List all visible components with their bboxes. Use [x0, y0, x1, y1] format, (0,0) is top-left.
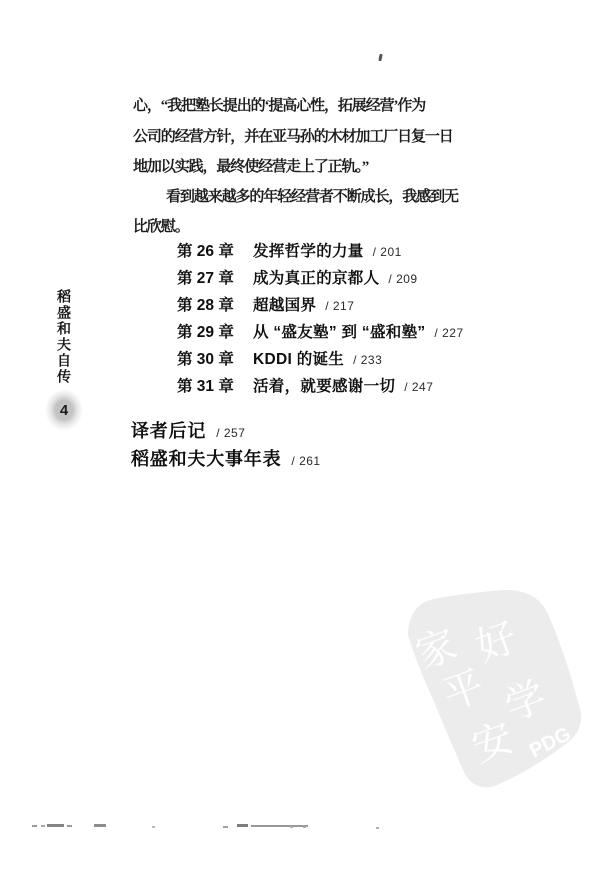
spine-title: 稻盛和夫自传 [52, 289, 72, 385]
chapter-page-number: / 217 [325, 299, 354, 313]
chapter-title: 从 “盛友塾” 到 “盛和塾” [253, 320, 425, 342]
chapter-page-number: / 233 [353, 353, 382, 367]
chapter-number: 第 29 章 [177, 320, 253, 342]
chapter-number: 第 31 章 [177, 374, 253, 396]
book-page: 稻盛和夫自传 4 心，“我把塾长提出的‘提高心性，拓展经营’作为 公司的经营方针… [0, 0, 600, 869]
toc-entry: 第 26 章 发挥哲学的力量 / 201 [177, 239, 402, 261]
pdg-watermark: 家 好 平 学 安 PDG [385, 588, 590, 793]
chapter-page-number: / 227 [434, 326, 463, 340]
chapter-number: 第 27 章 [177, 266, 253, 288]
intro-line: 公司的经营方针，并在亚马孙的木材加工厂日复一日 [133, 125, 453, 146]
backmatter-page-number: / 261 [291, 454, 320, 468]
scan-dash [94, 824, 106, 827]
chapter-title: 发挥哲学的力量 [253, 239, 364, 261]
scan-dash [303, 826, 306, 828]
backmatter-title: 译者后记 [131, 417, 206, 443]
scan-dash [67, 825, 72, 827]
scan-dash [41, 825, 45, 827]
backmatter-entry: 稻盛和夫大事年表 / 261 [131, 445, 321, 471]
intro-line: 比欣慰。 [133, 215, 189, 236]
chapter-title: 超越国界 [253, 293, 316, 315]
chapter-page-number: / 209 [388, 272, 417, 286]
toc-entry: 第 29 章 从 “盛友塾” 到 “盛和塾” / 227 [177, 320, 464, 342]
backmatter-page-number: / 257 [216, 426, 245, 440]
chapter-title: KDDI 的诞生 [253, 347, 344, 369]
intro-line: 心，“我把塾长提出的‘提高心性，拓展经营’作为 [133, 94, 425, 115]
scan-dash [152, 826, 155, 828]
intro-line: 看到越来越多的年轻经营者不断成长，我感到无 [166, 185, 458, 206]
scan-dash [32, 825, 37, 827]
scan-dash [251, 825, 308, 827]
scan-dash [47, 824, 64, 827]
chapter-number: 第 30 章 [177, 347, 253, 369]
page-number: 4 [60, 402, 68, 419]
scan-dash [376, 827, 379, 829]
page-number-badge: 4 [45, 389, 83, 431]
chapter-number: 第 26 章 [177, 239, 253, 261]
chapter-number: 第 28 章 [177, 293, 253, 315]
scan-dash [237, 824, 248, 827]
backmatter-entry: 译者后记 / 257 [131, 417, 245, 443]
toc-entry: 第 27 章 成为真正的京都人 / 209 [177, 266, 418, 288]
scan-dash [223, 826, 228, 828]
toc-entry: 第 30 章 KDDI 的诞生 / 233 [177, 347, 382, 369]
intro-line: 地加以实践，最终使经营走上了正轨。” [133, 155, 368, 176]
toc-entry: 第 28 章 超越国界 / 217 [177, 293, 354, 315]
chapter-page-number: / 201 [373, 245, 402, 259]
scan-speck [378, 54, 382, 61]
backmatter-title: 稻盛和夫大事年表 [131, 445, 281, 471]
chapter-page-number: / 247 [404, 380, 433, 394]
chapter-title: 成为真正的京都人 [253, 266, 379, 288]
toc-entry: 第 31 章 活着，就要感谢一切 / 247 [177, 374, 433, 396]
scan-dash [290, 826, 293, 828]
chapter-title: 活着，就要感谢一切 [253, 374, 395, 396]
